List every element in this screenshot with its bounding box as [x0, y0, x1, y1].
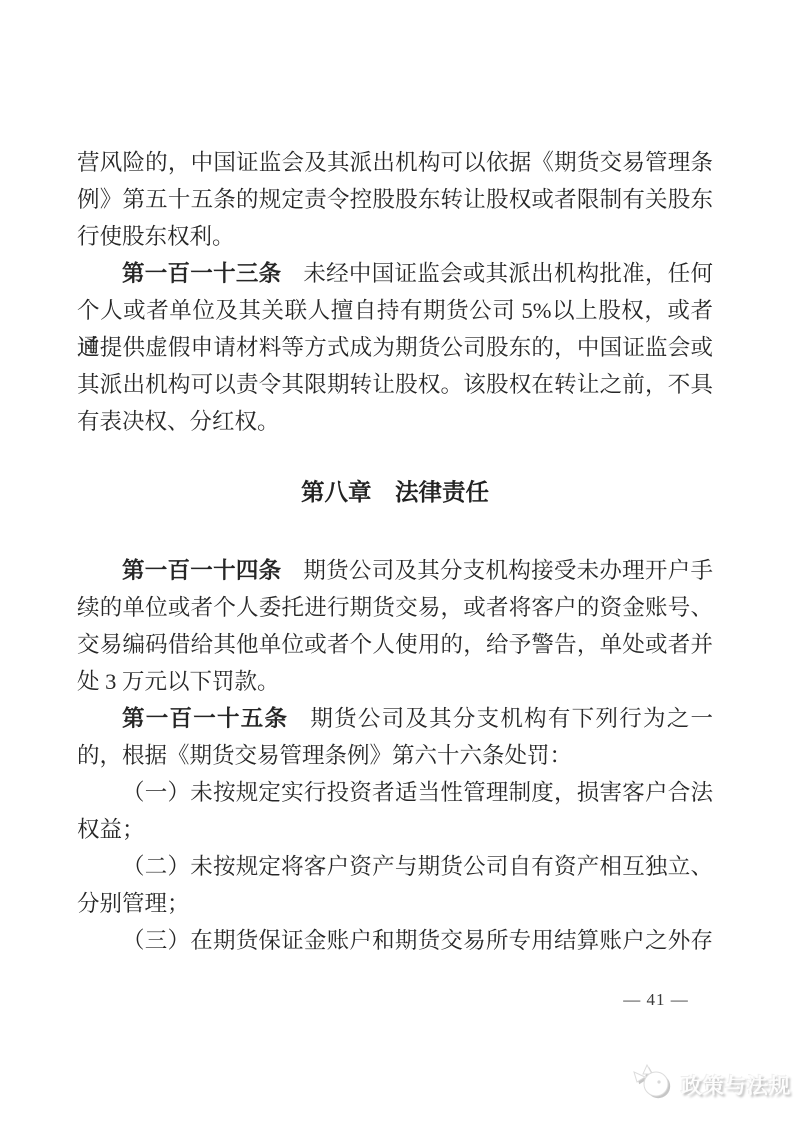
- text-line: 个人或者单位及其关联人擅自持有期货公司 5%以上股权，或者通: [77, 292, 713, 329]
- text-column: 营风险的，中国证监会及其派出机构可以依据《期货交易管理条 例》第五十五条的规定责…: [77, 144, 713, 959]
- document-page: 营风险的，中国证监会及其派出机构可以依据《期货交易管理条 例》第五十五条的规定责…: [0, 0, 794, 1123]
- text-line: （三）在期货保证金账户和期货交易所专用结算账户之外存: [77, 922, 713, 959]
- text-line: （二）未按规定将客户资产与期货公司自有资产相互独立、: [77, 848, 713, 885]
- article-number: 第一百一十三条: [122, 261, 281, 286]
- text-line: 交易编码借给其他单位或者个人使用的，给予警告，单处或者并: [77, 626, 713, 663]
- article-number: 第一百一十四条: [122, 558, 281, 583]
- article-text: 期货公司及其分支机构接受未办理开户手: [303, 558, 713, 583]
- text-line: 营风险的，中国证监会及其派出机构可以依据《期货交易管理条: [77, 144, 713, 181]
- text-line: （一）未按规定实行投资者适当性管理制度，损害客户合法: [77, 774, 713, 811]
- text-line: 过提供虚假申请材料等方式成为期货公司股东的，中国证监会或: [77, 329, 713, 366]
- text-line: 行使股东权利。: [77, 218, 713, 255]
- article-number: 第一百一十五条: [122, 706, 288, 731]
- text-line: 的，根据《期货交易管理条例》第六十六条处罚：: [77, 737, 713, 774]
- article-text: 未经中国证监会或其派出机构批准，任何: [303, 261, 713, 286]
- text-line: 其派出机构可以责令其限期转让股权。该股权在转让之前，不具: [77, 366, 713, 403]
- watermark: 政策与法规: [628, 1064, 791, 1105]
- page-number: — 41 —: [618, 990, 694, 1010]
- text-line: 处 3 万元以下罚款。: [77, 663, 713, 700]
- text-line: 第一百一十五条期货公司及其分支机构有下列行为之一: [77, 700, 713, 737]
- text-line: 例》第五十五条的规定责令控股股东转让股权或者限制有关股东: [77, 181, 713, 218]
- chapter-heading: 第八章 法律责任: [77, 474, 713, 511]
- text-line: 有表决权、分红权。: [77, 403, 713, 440]
- text-line: 分别管理；: [77, 885, 713, 922]
- watermark-label: 政策与法规: [681, 1070, 791, 1100]
- mascot-icon: [628, 1064, 676, 1105]
- text-line: 第一百一十四条期货公司及其分支机构接受未办理开户手: [77, 552, 713, 589]
- text-line: 续的单位或者个人委托进行期货交易，或者将客户的资金账号、: [77, 589, 713, 626]
- text-line: 第一百一十三条未经中国证监会或其派出机构批准，任何: [77, 255, 713, 292]
- text-line: 权益；: [77, 811, 713, 848]
- article-text: 期货公司及其分支机构有下列行为之一: [310, 706, 713, 731]
